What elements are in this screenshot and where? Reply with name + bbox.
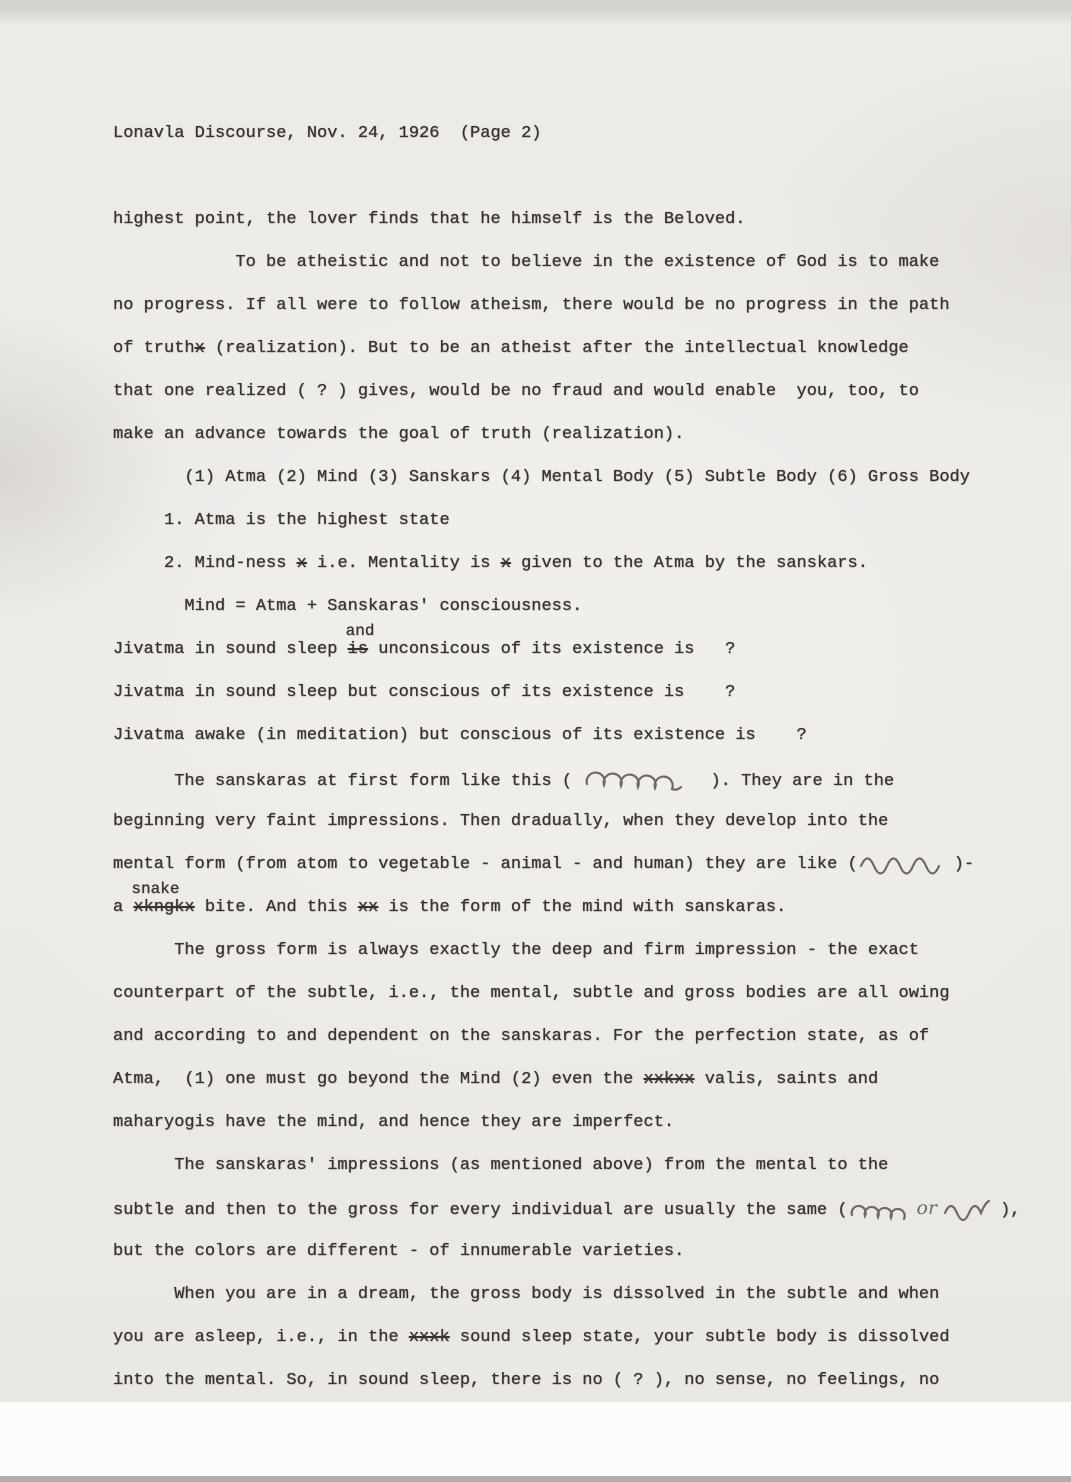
text-line: no progress. If all were to follow athei…	[113, 284, 1051, 327]
typed-text: Jivatma in sound sleep but conscious of …	[113, 683, 735, 702]
typed-text: When you are in a dream, the gross body …	[113, 1285, 939, 1304]
typed-text: Atma, (1) one must go beyond the Mind (2…	[113, 1070, 644, 1089]
typed-text: Jivatma awake (in meditation) but consci…	[113, 726, 807, 745]
typed-text: highest point, the lover finds that he h…	[113, 210, 746, 229]
text-line: counterpart of the subtle, i.e., the men…	[113, 972, 1051, 1015]
typed-text: 1. Atma is the highest state	[113, 511, 450, 530]
typed-text: make an advance towards the goal of trut…	[113, 425, 684, 444]
typed-text: unconsicous of its existence is ?	[368, 640, 735, 659]
typed-text: Jivatma in sound sleep	[113, 640, 348, 659]
typed-text: mental form (from atom to vegetable - an…	[113, 855, 858, 874]
typed-text: you are asleep, i.e., in the	[113, 1328, 409, 1347]
typed-text: no progress. If all were to follow athei…	[113, 296, 950, 315]
struck-out-text: xx	[358, 898, 378, 917]
struck-out-text: x	[195, 339, 205, 358]
typed-text: (realization). But to be an atheist afte…	[205, 339, 909, 358]
text-line: maharyogis have the mind, and hence they…	[113, 1101, 1051, 1144]
wave-squiggle	[858, 848, 954, 878]
typed-text: The sanskaras at first form like this (	[113, 772, 582, 791]
scan-bottom-white-band	[0, 1402, 1071, 1476]
typed-text: beginning very faint impressions. Then d…	[113, 812, 888, 831]
scanned-document: Lonavla Discourse, Nov. 24, 1926 (Page 2…	[0, 0, 1071, 1482]
typed-text: that one realized ( ? ) gives, would be …	[113, 382, 919, 401]
interline-insert-text: snake	[131, 881, 179, 897]
text-line: make an advance towards the goal of trut…	[113, 413, 1051, 456]
text-line: The gross form is always exactly the dee…	[113, 929, 1051, 972]
typed-text: (1) Atma (2) Mind (3) Sanskars (4) Menta…	[113, 468, 970, 487]
typed-text: bite. And this	[195, 898, 358, 917]
typed-text: )-	[954, 855, 974, 874]
typed-text: ),	[1000, 1201, 1020, 1220]
document-page: Lonavla Discourse, Nov. 24, 1926 (Page 2…	[113, 112, 1051, 1402]
loops-squiggle	[582, 757, 700, 795]
struck-out-text: x	[297, 554, 307, 573]
wave-squiggle-small	[942, 1196, 1000, 1224]
handwritten-or: or	[917, 1197, 938, 1219]
loops-squiggle-small	[848, 1194, 912, 1224]
text-line: The sanskaras' impressions (as mentioned…	[113, 1144, 1051, 1187]
text-line: To be atheistic and not to believe in th…	[113, 241, 1051, 284]
typed-text: ). They are in the	[700, 772, 894, 791]
text-line: highest point, the lover finds that he h…	[113, 198, 1051, 241]
typed-text: a	[113, 898, 133, 917]
text-line: beginning very faint impressions. Then d…	[113, 800, 1051, 843]
typed-text: of truth	[113, 339, 195, 358]
struck-out-text: xkngkx	[133, 898, 194, 917]
struck-out-text: is	[348, 640, 368, 659]
text-line: you are asleep, i.e., in the xxxk sound …	[113, 1316, 1051, 1359]
text-line: Jivatma in sound sleep andis unconsicous…	[113, 628, 1051, 671]
text-line: but the colors are different - of innume…	[113, 1230, 1051, 1273]
typed-text: into the mental. So, in sound sleep, the…	[113, 1371, 939, 1390]
text-line: Atma, (1) one must go beyond the Mind (2…	[113, 1058, 1051, 1101]
typed-text: subtle and then to the gross for every i…	[113, 1201, 848, 1220]
text-line: Mind = Atma + Sanskaras' consciousness.	[113, 585, 1051, 628]
struck-out-text: xxxk	[409, 1328, 450, 1347]
typed-text: counterpart of the subtle, i.e., the men…	[113, 984, 950, 1003]
text-line: subtle and then to the gross for every i…	[113, 1187, 1051, 1230]
document-body: highest point, the lover finds that he h…	[113, 198, 1051, 1402]
typed-text: given to the Atma by the sanskars.	[511, 554, 868, 573]
typed-text: is the form of the mind with sanskaras.	[378, 898, 786, 917]
typed-text: To be atheistic and not to believe in th…	[113, 253, 939, 272]
text-line: 2. Mind-ness x i.e. Mentality is x given…	[113, 542, 1051, 585]
text-line: 1. Atma is the highest state	[113, 499, 1051, 542]
typed-text: and according to and dependent on the sa…	[113, 1027, 929, 1046]
text-line: of truthx (realization). But to be an at…	[113, 327, 1051, 370]
text-line: and according to and dependent on the sa…	[113, 1015, 1051, 1058]
text-line: a snakexkngkx bite. And this xx is the f…	[113, 886, 1051, 929]
typed-text: maharyogis have the mind, and hence they…	[113, 1113, 674, 1132]
text-line: into the mental. So, in sound sleep, the…	[113, 1359, 1051, 1402]
text-line: (1) Atma (2) Mind (3) Sanskars (4) Menta…	[113, 456, 1051, 499]
text-line: The sanskaras at first form like this ( …	[113, 757, 1051, 800]
scan-bottom-edge	[0, 1476, 1071, 1482]
text-line: Jivatma in sound sleep but conscious of …	[113, 671, 1051, 714]
text-line: When you are in a dream, the gross body …	[113, 1273, 1051, 1316]
interline-insert-text: and	[346, 623, 375, 639]
text-line: mental form (from atom to vegetable - an…	[113, 843, 1051, 886]
struck-out-text: x	[501, 554, 511, 573]
typed-text: i.e. Mentality is	[307, 554, 501, 573]
typed-text: sound sleep state, your subtle body is d…	[450, 1328, 950, 1347]
typed-text: but the colors are different - of innume…	[113, 1242, 684, 1261]
typed-text: Mind = Atma + Sanskaras' consciousness.	[113, 597, 582, 616]
typed-text: The sanskaras' impressions (as mentioned…	[113, 1156, 888, 1175]
typed-text: The gross form is always exactly the dee…	[113, 941, 919, 960]
text-line: that one realized ( ? ) gives, would be …	[113, 370, 1051, 413]
typed-text: 2. Mind-ness	[113, 554, 297, 573]
document-header: Lonavla Discourse, Nov. 24, 1926 (Page 2…	[113, 112, 1051, 155]
typed-text: valis, saints and	[695, 1070, 879, 1089]
text-line: Jivatma awake (in meditation) but consci…	[113, 714, 1051, 757]
struck-out-text: xxkxx	[644, 1070, 695, 1089]
